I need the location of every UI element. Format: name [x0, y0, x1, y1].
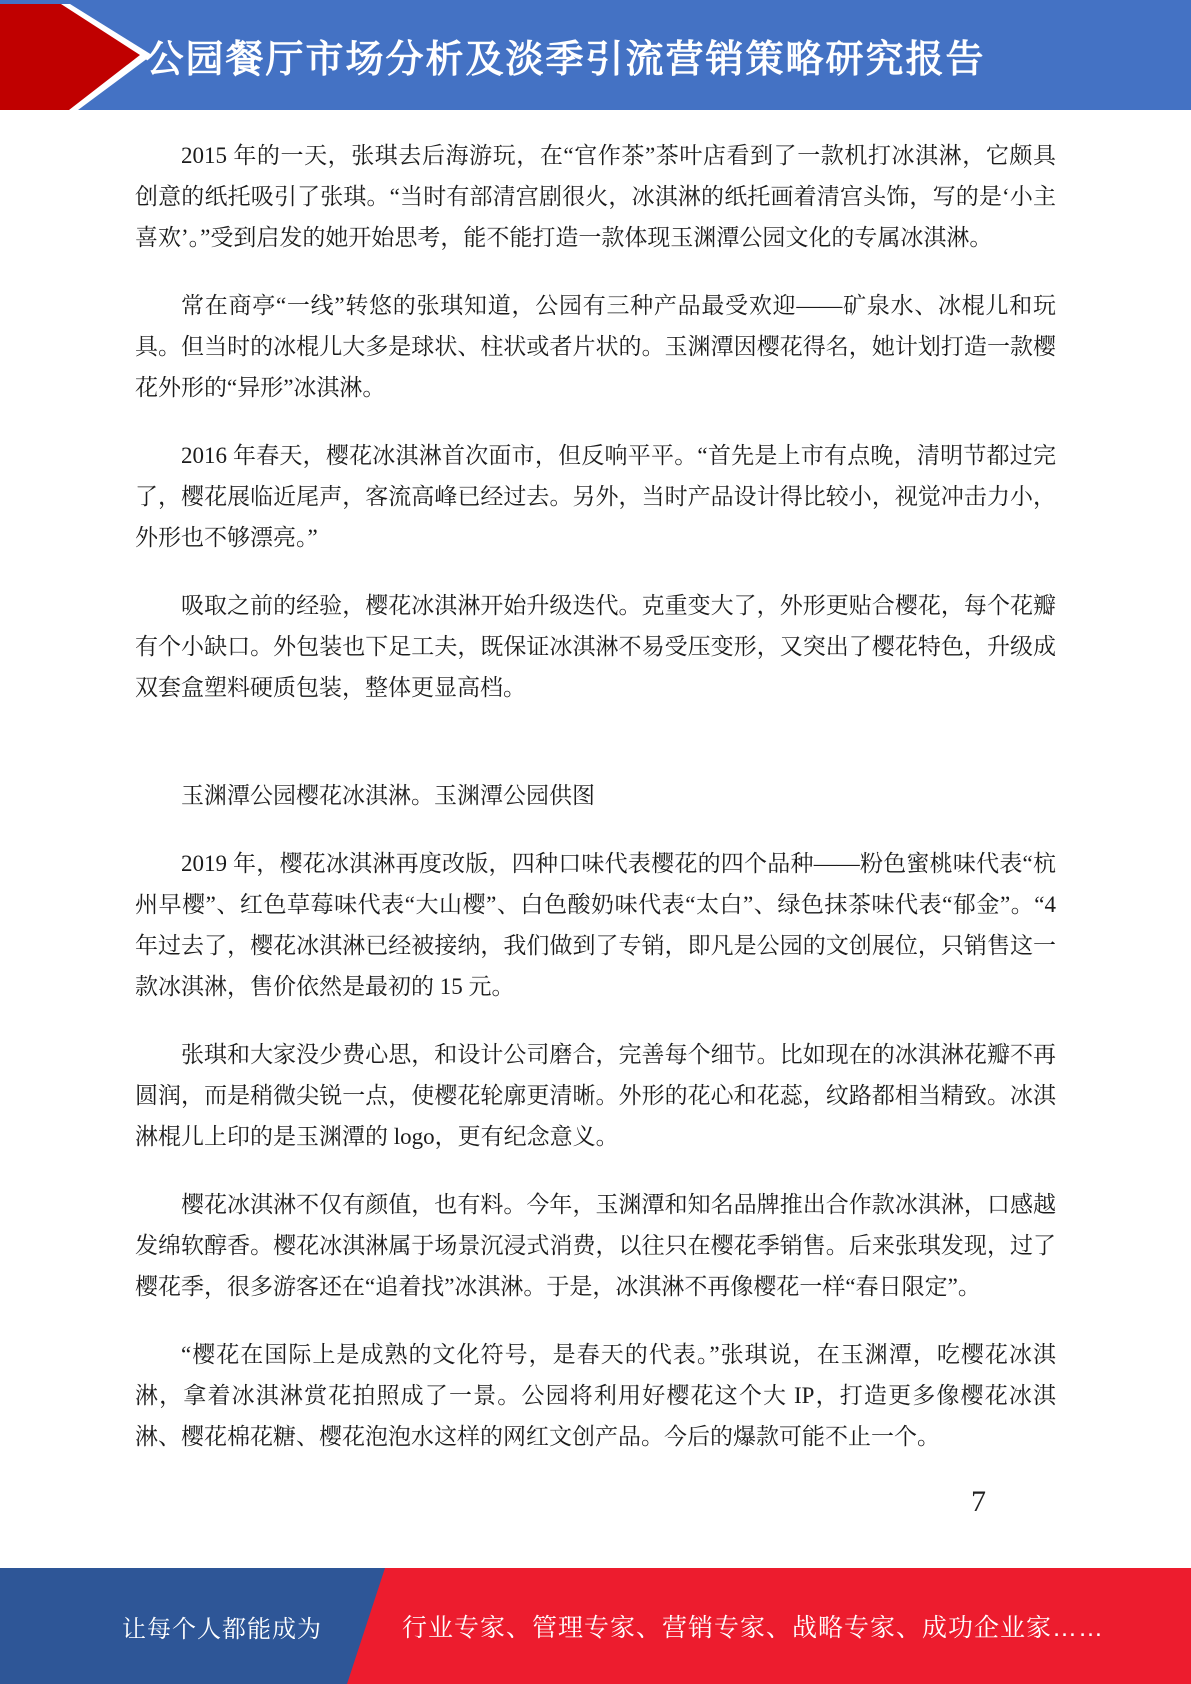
- report-page: 公园餐厅市场分析及淡季引流营销策略研究报告 2015 年的一天，张琪去后海游玩，…: [0, 0, 1191, 1684]
- footer-band: 让每个人都能成为 行业专家、管理专家、营销专家、战略专家、成功企业家……: [0, 1568, 1191, 1684]
- page-number: 7: [971, 1485, 986, 1518]
- red-chevron-arrow-icon: [0, 0, 170, 110]
- article-body: 2015 年的一天，张琪去后海游玩，在“官作茶”茶叶店看到了一款机打冰淇淋，它颇…: [0, 110, 1191, 1457]
- body-paragraph: 2016 年春天，樱花冰淇淋首次面市，但反响平平。“首先是上市有点晚，清明节都过…: [135, 435, 1056, 558]
- body-paragraph: 2019 年，樱花冰淇淋再度改版，四种口味代表樱花的四个品种——粉色蜜桃味代表“…: [135, 843, 1056, 1007]
- report-title: 公园餐厅市场分析及淡季引流营销策略研究报告: [15, 28, 1175, 83]
- image-caption: 玉渊潭公园樱花冰淇淋。玉渊潭公园供图: [135, 775, 1056, 816]
- body-paragraph: 吸取之前的经验，樱花冰淇淋开始升级迭代。克重变大了，外形更贴合樱花，每个花瓣有个…: [135, 585, 1056, 708]
- body-paragraph: “樱花在国际上是成熟的文化符号，是春天的代表。”张琪说，在玉渊潭，吃樱花冰淇淋，…: [135, 1334, 1056, 1457]
- footer-slogan-left: 让每个人都能成为: [0, 1568, 322, 1684]
- header-banner: 公园餐厅市场分析及淡季引流营销策略研究报告: [0, 0, 1191, 110]
- body-paragraph: 樱花冰淇淋不仅有颜值，也有料。今年，玉渊潭和知名品牌推出合作款冰淇淋，口感越发绵…: [135, 1184, 1056, 1307]
- body-paragraph: 张琪和大家没少费心思，和设计公司磨合，完善每个细节。比如现在的冰淇淋花瓣不再圆润…: [135, 1034, 1056, 1157]
- footer-slogan-right: 行业专家、管理专家、营销专家、战略专家、成功企业家……: [402, 1568, 1104, 1684]
- body-paragraph: 常在商亭“一线”转悠的张琪知道，公园有三种产品最受欢迎——矿泉水、冰棍儿和玩具。…: [135, 285, 1056, 408]
- body-paragraph: 2015 年的一天，张琪去后海游玩，在“官作茶”茶叶店看到了一款机打冰淇淋，它颇…: [135, 135, 1056, 258]
